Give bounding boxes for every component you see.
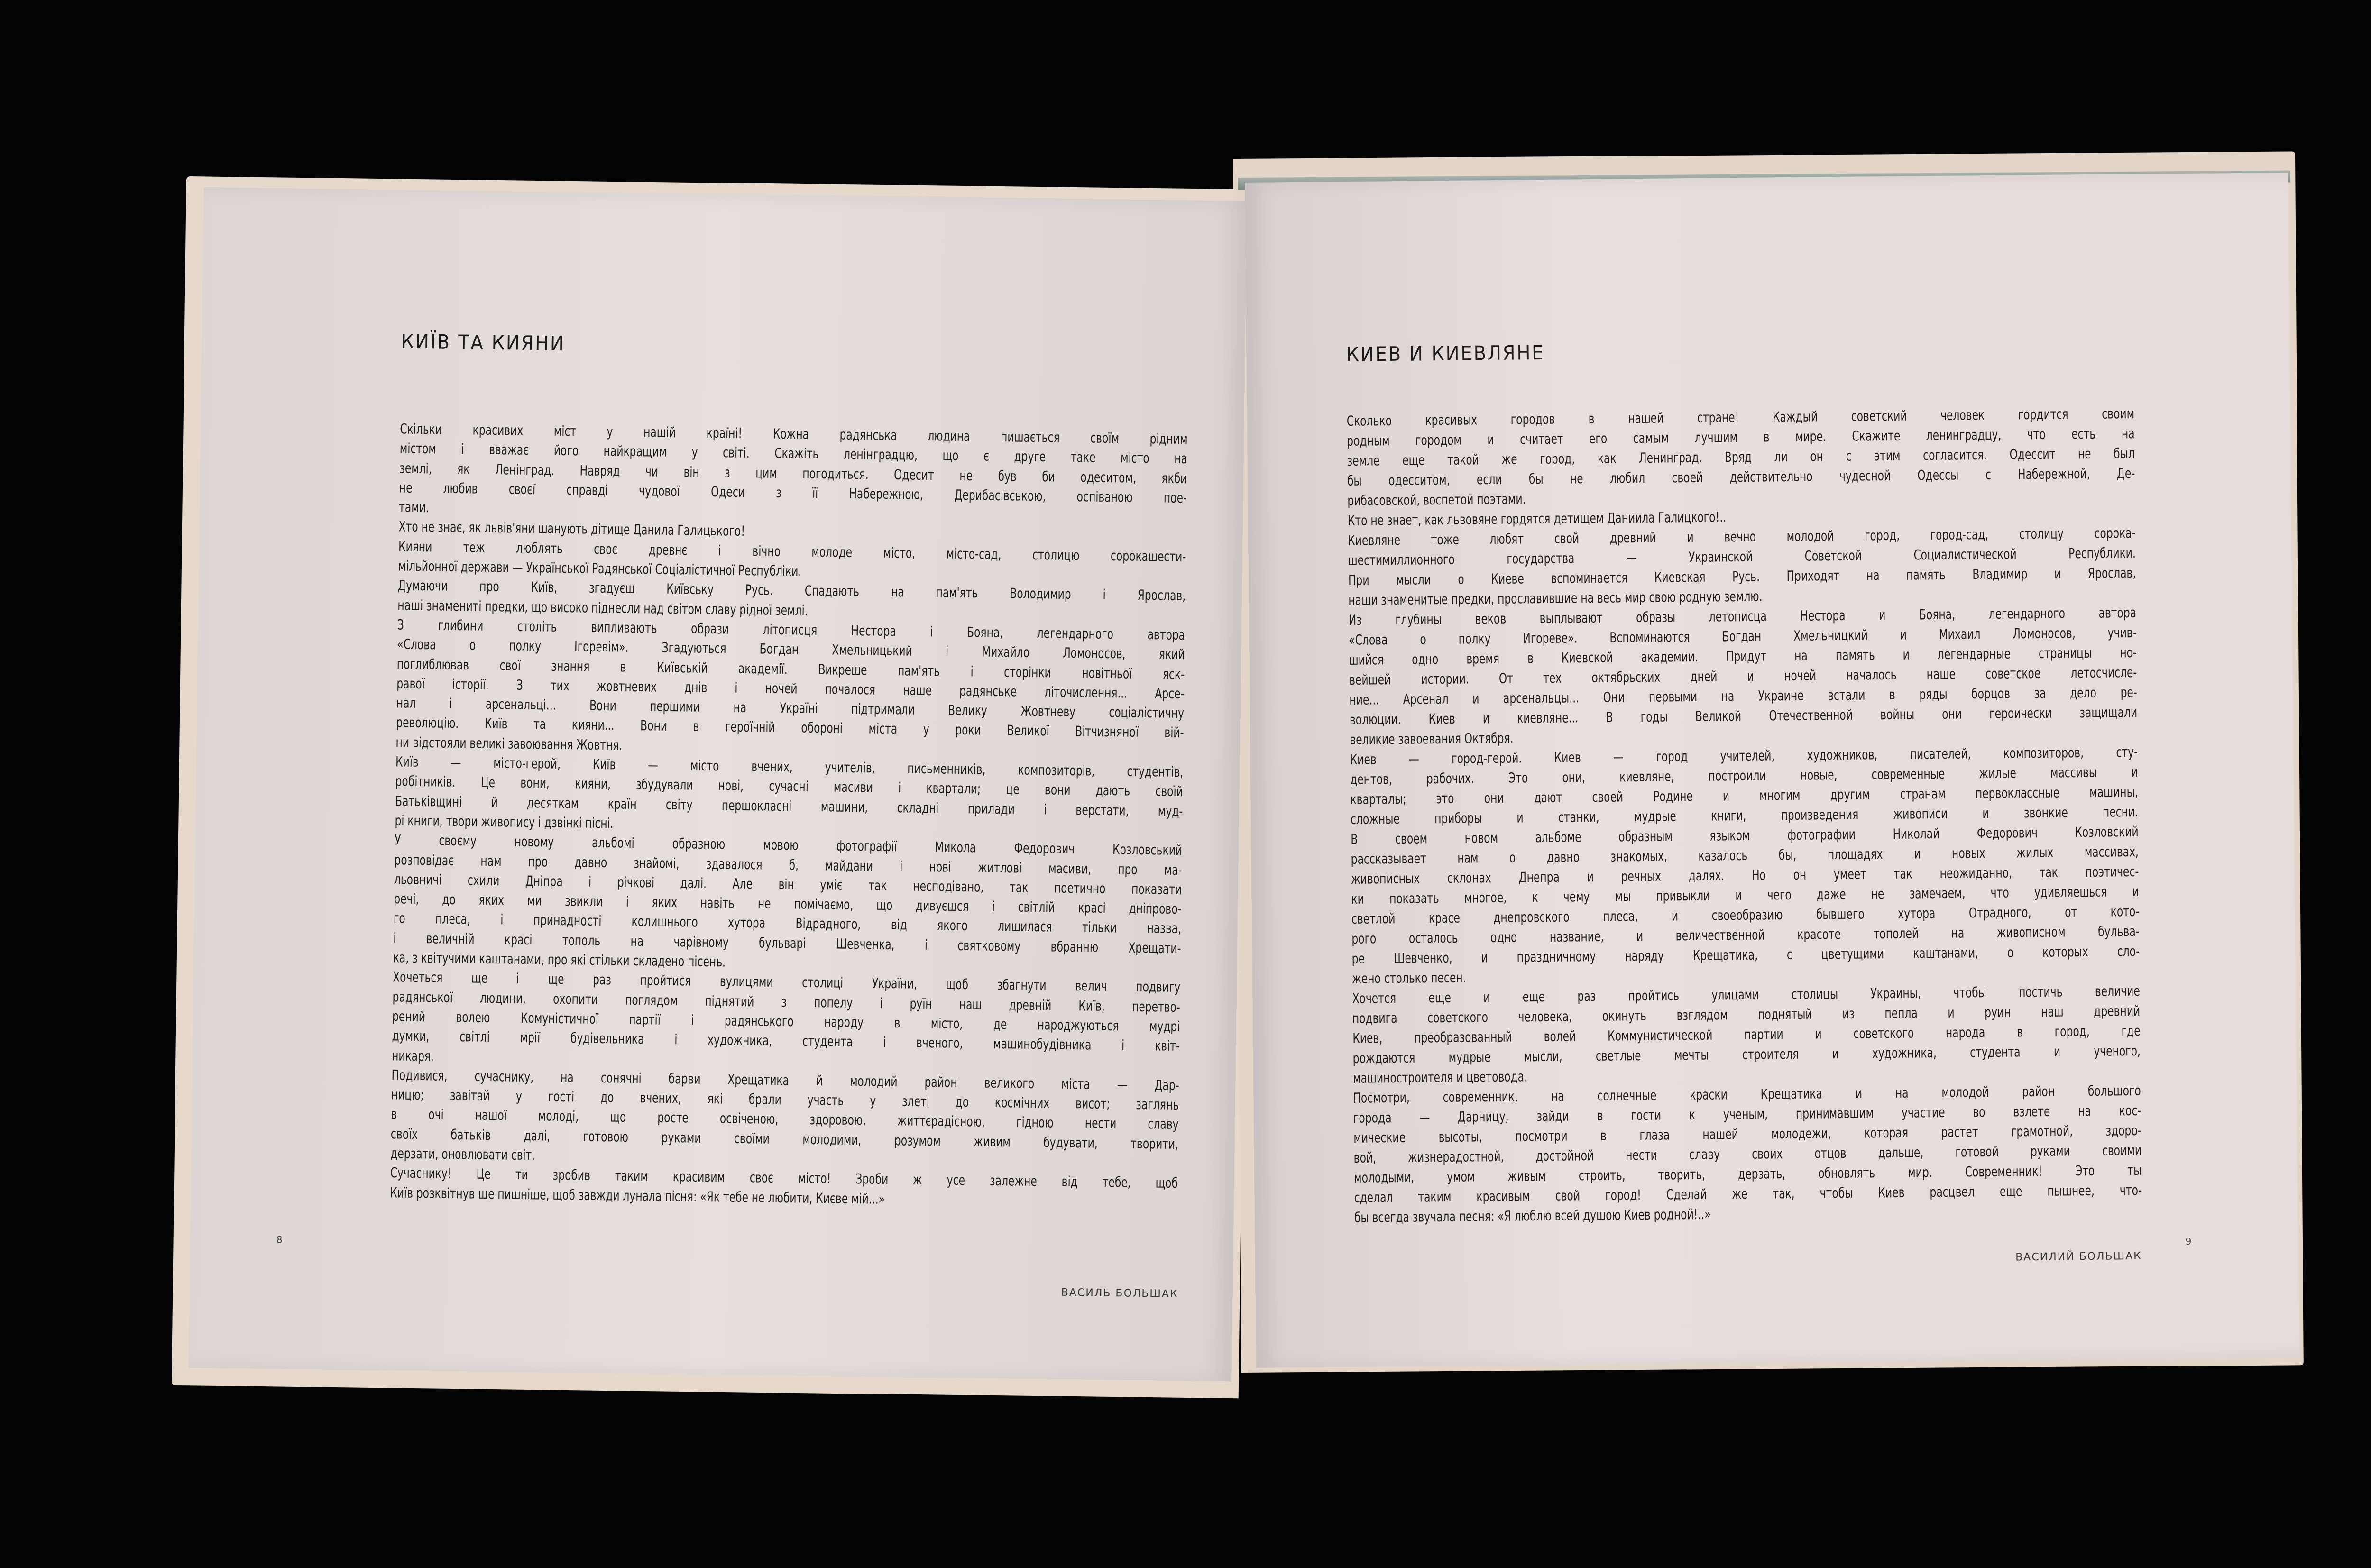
right-page: КИЕВ И КИЕВЛЯНЕ Сколько красивых городов…: [1245, 173, 2299, 1368]
right-page-number: 9: [2186, 1236, 2192, 1247]
right-page-signature: ВАСИЛИЙ БОЛЬШАК: [2015, 1250, 2142, 1264]
left-page: КИЇВ ТА КИЯНИ Скільки красивих міст у на…: [188, 187, 1247, 1382]
left-page-signature: ВАСИЛЬ БОЛЬШАК: [1061, 1287, 1178, 1300]
right-page-body: Сколько красивых городов в нашей стране!…: [1347, 403, 2142, 1228]
left-page-number: 8: [276, 1234, 283, 1245]
left-page-body: Скільки красивих міст у нашій країні! Ко…: [390, 419, 1188, 1212]
right-page-title: КИЕВ И КИЕВЛЯНЕ: [1346, 336, 2075, 366]
scanned-book-spread: КИЇВ ТА КИЯНИ Скільки красивих міст у на…: [0, 0, 2371, 1568]
left-page-title: КИЇВ ТА КИЯНИ: [401, 330, 1134, 362]
